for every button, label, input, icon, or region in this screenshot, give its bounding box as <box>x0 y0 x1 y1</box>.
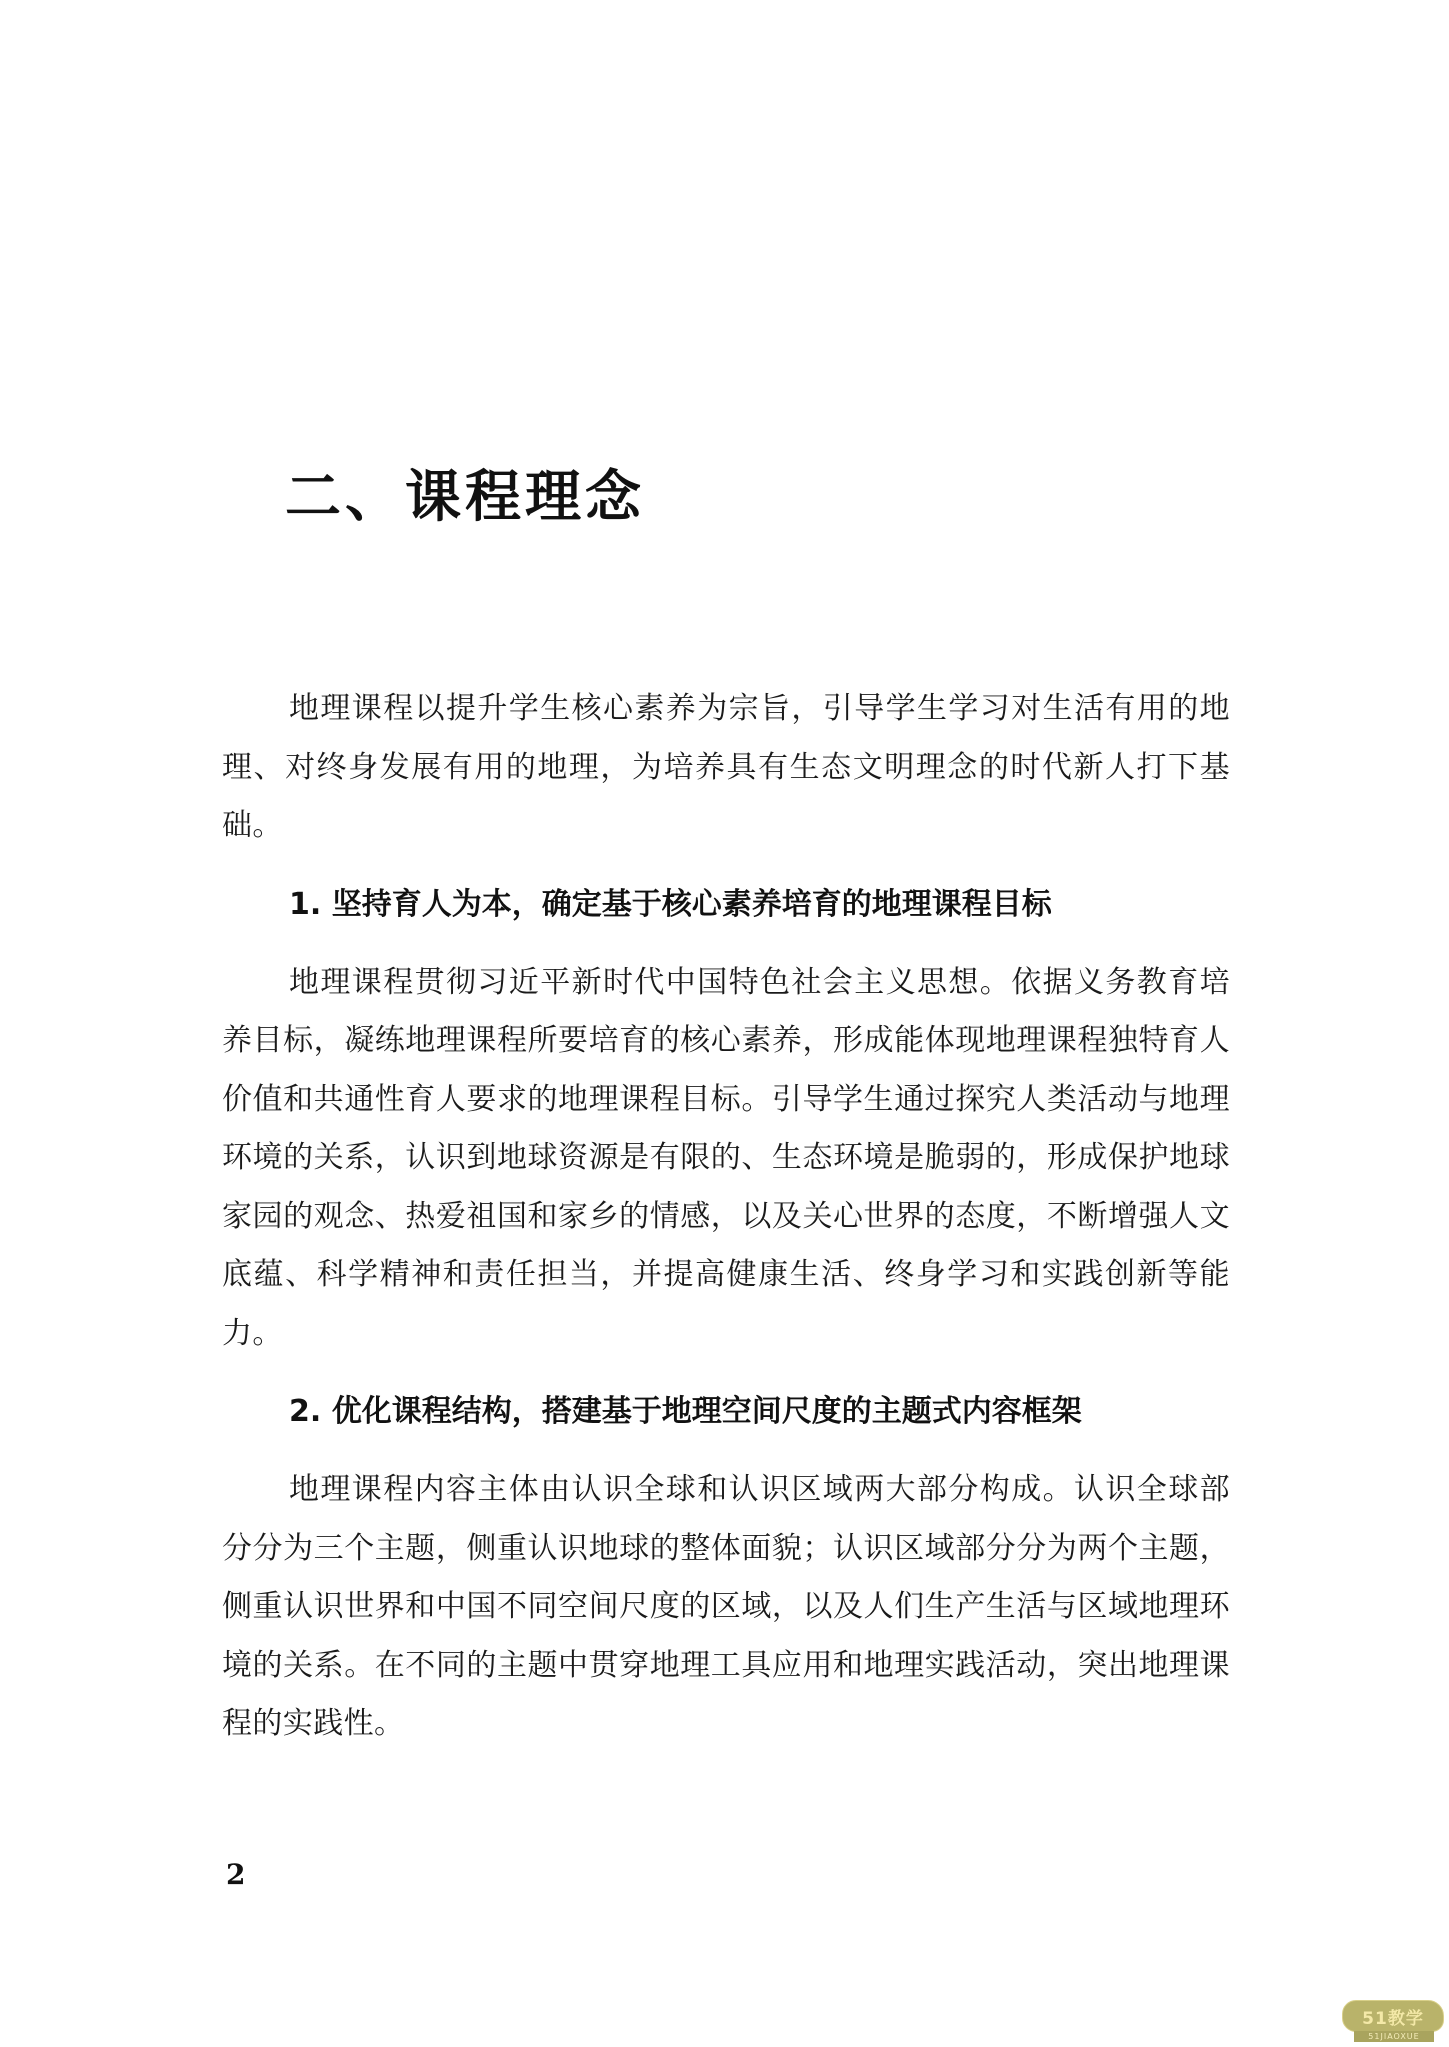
watermark-badge: 51教学 <box>1342 2000 1444 2032</box>
watermark-logo: 51教学 51JIAOXUE <box>1342 2000 1446 2044</box>
principle-1-body: 地理课程贯彻习近平新时代中国特色社会主义思想。依据义务教育培养目标，凝练地理课程… <box>222 954 1230 1364</box>
section-title: 二、课程理念 <box>285 462 645 532</box>
watermark-logo-text: 51教学 <box>1362 2004 1424 2029</box>
content-body: 地理课程以提升学生核心素养为宗旨，引导学生学习对生活有用的地理、对终身发展有用的… <box>222 680 1230 1754</box>
page-number: 2 <box>226 1858 245 1891</box>
watermark-sub-text: 51JIAOXUE <box>1354 2031 1434 2042</box>
document-page: 二、课程理念 地理课程以提升学生核心素养为宗旨，引导学生学习对生活有用的地理、对… <box>0 0 1449 2047</box>
principle-2-heading: 2. 优化课程结构，搭建基于地理空间尺度的主题式内容框架 <box>222 1383 1230 1441</box>
principle-2-body: 地理课程内容主体由认识全球和认识区域两大部分构成。认识全球部分分为三个主题，侧重… <box>222 1461 1230 1754</box>
intro-paragraph: 地理课程以提升学生核心素养为宗旨，引导学生学习对生活有用的地理、对终身发展有用的… <box>222 680 1230 856</box>
principle-1-heading: 1. 坚持育人为本，确定基于核心素养培育的地理课程目标 <box>222 876 1230 934</box>
